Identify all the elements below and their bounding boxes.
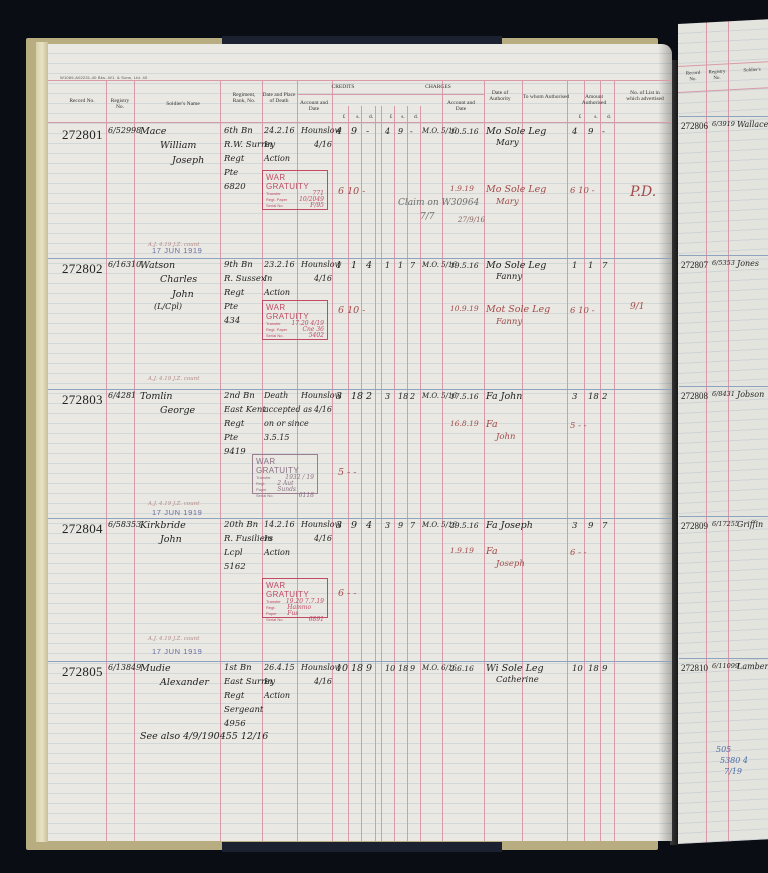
authorised-name: Fanny (496, 272, 522, 282)
authorised-amount: 7 (602, 521, 607, 531)
regiment-line: 20th Bn (224, 520, 258, 530)
credits-amount: 1 (351, 260, 357, 271)
authorised-to: Fa Joseph (486, 520, 533, 531)
charges-amount: 7 (410, 261, 415, 270)
soldier-surname: Mace (140, 126, 166, 137)
stamp-title: WAR GRATUITY (266, 173, 324, 191)
death-line: In (264, 677, 272, 686)
second-authority-name: Fanny (496, 317, 522, 327)
facing-soldier-name: Jobson (737, 390, 764, 399)
soldier-surname: Mudie (140, 663, 171, 674)
credits-date: 4/16 (314, 274, 332, 283)
facing-record-number: 272809 (681, 521, 708, 531)
received-date-stamp: 17 JUN 1919 (152, 647, 202, 656)
death-line: accepted as (264, 405, 312, 414)
date-authority: 19.5.16 (450, 261, 479, 270)
charges-amount: 18 (398, 392, 408, 401)
credits-amount: 4 (336, 126, 342, 137)
credits-amount: 9 (366, 663, 372, 674)
credits-amount: 4 (366, 520, 372, 531)
death-line: 14.2.16 (264, 520, 295, 529)
soldier-forename: William (160, 140, 196, 151)
credits-amount: 3 (336, 520, 342, 531)
facing-header-name: Soldier's (732, 67, 768, 75)
second-authority-date: 16.8.19 (450, 419, 479, 428)
header-registry-no: Registry No. (108, 98, 132, 110)
charges-amount: 2 (410, 392, 415, 401)
charges-amount: 9 (398, 521, 403, 530)
soldier-forename: George (160, 405, 195, 416)
death-line: on or since (264, 419, 309, 428)
header-credits: CREDITS (298, 84, 388, 90)
regiment-line: East Kent (224, 405, 266, 415)
soldier-forename: Joseph (172, 155, 204, 166)
registry-number: 6/16310 (108, 260, 141, 269)
credits-date: 4/16 (314, 534, 332, 543)
regiment-line: Regt (224, 691, 244, 701)
authorised-amount: 9 (602, 664, 607, 674)
facing-record-number: 272808 (681, 391, 708, 401)
facing-soldier-name: Wallace (737, 120, 768, 129)
credits-date: 4/16 (314, 405, 332, 414)
facing-record-number: 272806 (681, 121, 708, 131)
date-authority: 10.5.16 (450, 127, 479, 136)
authorised-amount: 9 (588, 127, 593, 137)
authorised-name: Mary (496, 138, 519, 148)
second-authority-name: Joseph (496, 559, 525, 569)
charge-note-ref: 7/7 (420, 212, 434, 222)
death-line: In (264, 274, 272, 283)
list-number: P.D. (630, 184, 656, 200)
charges-amount: 1 (398, 261, 403, 270)
regiment-line: Pte (224, 168, 238, 178)
regiment-line: Regt (224, 288, 244, 298)
facing-soldier-name: Jones (737, 259, 759, 268)
charges-amount: 1 (385, 261, 390, 270)
regiment-line: Lcpl (224, 548, 243, 558)
stamp-title: WAR GRATUITY (266, 303, 324, 321)
credits-amount: 18 (351, 663, 363, 674)
header-soldiers-name: Soldier's Name (148, 101, 218, 107)
authorised-name: Catherine (496, 675, 539, 685)
facing-registry-number: 6/11099 (712, 662, 739, 670)
regiment-line: 2nd Bn (224, 391, 255, 401)
regiment-line: 9th Bn (224, 260, 253, 270)
credits-amount: 18 (351, 391, 363, 402)
second-authority-amount: 5 - - (570, 421, 587, 431)
authorised-amount: 18 (588, 392, 599, 402)
facing-header-registry: Registry No. (707, 69, 727, 82)
registry-number: 6/52998 (108, 126, 141, 135)
credits-amount: 3 (336, 391, 342, 402)
authorised-amount: 9 (588, 521, 593, 531)
authorised-amount: 10 (572, 664, 583, 674)
charges-amount: 7 (410, 521, 415, 530)
authorised-to: Fa John (486, 391, 522, 402)
regiment-line: Pte (224, 302, 238, 312)
charges-amount: 9 (410, 664, 415, 673)
gratuity-amount: 6 - - (338, 588, 357, 599)
header-list-no: No. of List in which advertised (624, 90, 666, 102)
facing-record-number: 272807 (681, 260, 708, 270)
date-authority: 17.5.16 (450, 392, 479, 401)
facing-registry-number: 6/17255 (712, 520, 739, 528)
authorised-amount: - (602, 127, 605, 137)
soldier-forename: John (172, 289, 194, 300)
binding-tape-top (222, 36, 502, 44)
record-number: 272805 (62, 664, 103, 680)
second-authority-amount: 6 10 - (570, 306, 595, 316)
regiment-line: R. Sussex (224, 274, 266, 284)
regiment-line: 6th Bn (224, 126, 253, 136)
facing-registry-number: 6/3919 (712, 120, 735, 128)
regiment-line: Regt (224, 154, 244, 164)
clerk-initials: A.J. 4.19 J.Z. count (148, 636, 199, 642)
facing-soldier-name: Griffin (737, 520, 763, 529)
record-number: 272803 (62, 392, 103, 408)
stamp-title: WAR GRATUITY (266, 581, 324, 599)
death-line: Death (264, 391, 288, 400)
stamp-title: WAR GRATUITY (256, 457, 314, 475)
header-record-no: Record No. (62, 98, 102, 104)
second-authority-to: Mo Sole Leg (486, 184, 546, 195)
date-authority: 29.5.16 (450, 521, 479, 530)
cross-reference-note: See also 4/9/190455 12/16 (140, 731, 268, 742)
facing-registry-number: 6/5353 (712, 259, 735, 267)
credits-amount: 10 (336, 663, 348, 674)
charges-amount: - (410, 127, 413, 136)
ledger-page: W1069-A02231-40 Bks.-W1. & Sons, Ltd. 40… (48, 44, 672, 841)
facing-page: Record No. Registry No. Soldier's (678, 19, 768, 844)
registry-number: 6/13849 (108, 663, 141, 672)
rank-note: (L/Cpl) (154, 302, 182, 311)
charges-amount: 3 (385, 521, 390, 530)
regiment-line: Sergeant (224, 705, 263, 715)
death-line: 24.2.16 (264, 126, 295, 135)
death-line: 23.2.16 (264, 260, 295, 269)
gratuity-amount: 5 - - (338, 467, 357, 478)
credits-date: 4/16 (314, 140, 332, 149)
second-authority-date: 10.9.19 (450, 304, 479, 313)
death-line: Action (264, 288, 290, 297)
header-date-authority: Date of Authority (486, 90, 514, 102)
header-charges-account: Account and Date (443, 100, 479, 112)
date-authority: 2.6.16 (450, 664, 474, 673)
death-line: 3.5.15 (264, 433, 289, 442)
credits-amount: 1 (336, 260, 342, 271)
second-authority-amount: 6 10 - (570, 186, 595, 196)
facing-note: 5380 4 (720, 756, 748, 765)
soldier-surname: Kirkbride (140, 520, 186, 531)
charge-note-date: 27/9/16 (458, 216, 485, 224)
charges-amount: 18 (398, 664, 408, 673)
header-charges: CHARGES (398, 84, 478, 90)
regiment-line: 9419 (224, 447, 246, 457)
gratuity-amount: 6 10 - (338, 305, 365, 316)
record-number: 272801 (62, 127, 103, 143)
soldier-surname: Tomlin (140, 391, 173, 402)
charge-note: Claim on W30964 (398, 198, 479, 208)
death-line: Action (264, 691, 290, 700)
regiment-line: Pte (224, 433, 238, 443)
credits-amount: 2 (366, 391, 372, 402)
received-date-stamp: 17 JUN 1919 (152, 508, 202, 517)
second-authority-to: Fa (486, 419, 498, 430)
second-authority-date: 1.9.19 (450, 546, 474, 555)
regiment-line: Regt (224, 419, 244, 429)
facing-note: 7/19 (724, 767, 742, 776)
regiment-line: 4956 (224, 719, 246, 729)
authorised-amount: 4 (572, 127, 577, 137)
war-gratuity-stamp: WAR GRATUITYTransfer19.20 7.7.19Regt. Pa… (262, 578, 328, 618)
facing-note: 505 (716, 745, 731, 754)
second-authority-name: Mary (496, 197, 519, 207)
regiment-line: 434 (224, 316, 240, 326)
clerk-initials: A.J. 4.19 J.Z. count (148, 501, 199, 507)
death-line: Action (264, 548, 290, 557)
header-date-place-death: Date and Place of Death (262, 92, 296, 104)
soldier-surname: Watson (140, 260, 175, 271)
regiment-line: 6820 (224, 182, 246, 192)
credits-date: 4/16 (314, 677, 332, 686)
regiment-line: 5162 (224, 562, 246, 572)
death-line: Action (264, 154, 290, 163)
record-number: 272804 (62, 521, 103, 537)
header-to-whom: To whom Authorised (522, 94, 570, 100)
charges-amount: 4 (385, 127, 390, 136)
received-date-stamp: 17 JUN 1919 (152, 246, 202, 255)
registry-number: 6/58353 (108, 520, 141, 529)
death-line: 26.4.15 (264, 663, 295, 672)
credits-amount: 4 (366, 260, 372, 271)
authorised-to: Mo Sole Leg (486, 126, 546, 137)
charges-amount: 9 (398, 127, 403, 136)
binding-tape-bottom (222, 842, 502, 852)
second-authority-to: Mot Sole Leg (486, 304, 550, 315)
header-regiment: Regiment, Rank, No. (226, 92, 262, 104)
clerk-initials: A.J. 4.19 J.Z. count (148, 376, 199, 382)
authorised-amount: 2 (602, 392, 607, 402)
regiment-line: 1st Bn (224, 663, 252, 673)
soldier-forename: Charles (160, 274, 197, 285)
second-authority-date: 1.9.19 (450, 184, 474, 193)
charges-amount: 10 (385, 664, 395, 673)
credits-amount: 9 (351, 126, 357, 137)
page-edges (36, 42, 48, 842)
second-authority-name: John (496, 432, 515, 442)
war-gratuity-stamp: WAR GRATUITYTransfer1932 / 19Regt. Paper… (252, 454, 318, 494)
authorised-amount: 3 (572, 521, 577, 531)
authorised-amount: 7 (602, 261, 607, 271)
authorised-amount: 1 (572, 261, 577, 271)
authorised-to: Mo Sole Leg (486, 260, 546, 271)
charges-amount: 3 (385, 392, 390, 401)
authorised-amount: 1 (588, 261, 593, 271)
credits-amount: - (366, 126, 369, 137)
registry-number: 6/4281 (108, 391, 136, 400)
authorised-to: Wi Sole Leg (486, 663, 544, 674)
facing-header-record: Record No. (682, 71, 704, 84)
death-line: In (264, 140, 272, 149)
death-line: In (264, 534, 272, 543)
credits-amount: 9 (351, 520, 357, 531)
soldier-forename: John (160, 534, 182, 545)
facing-record-number: 272810 (681, 663, 708, 673)
gratuity-amount: 6 10 - (338, 186, 365, 197)
facing-soldier-name: Lambert (737, 662, 768, 671)
second-authority-to: Fa (486, 546, 498, 557)
authorised-amount: 18 (588, 664, 599, 674)
header-credits-account: Account and Date (300, 100, 328, 112)
list-number: 9/1 (630, 302, 644, 312)
war-gratuity-stamp: WAR GRATUITYTransfer17.20 4/19Regt. Pape… (262, 300, 328, 340)
second-authority-amount: 6 - - (570, 548, 587, 558)
facing-registry-number: 6/8431 (712, 390, 735, 398)
authorised-amount: 3 (572, 392, 577, 402)
soldier-forename: Alexander (160, 677, 209, 688)
record-number: 272802 (62, 261, 103, 277)
war-gratuity-stamp: WAR GRATUITYTransfer771Regt. Paper10/204… (262, 170, 328, 210)
header-amount-authorised: Amount Authorised (574, 94, 614, 106)
